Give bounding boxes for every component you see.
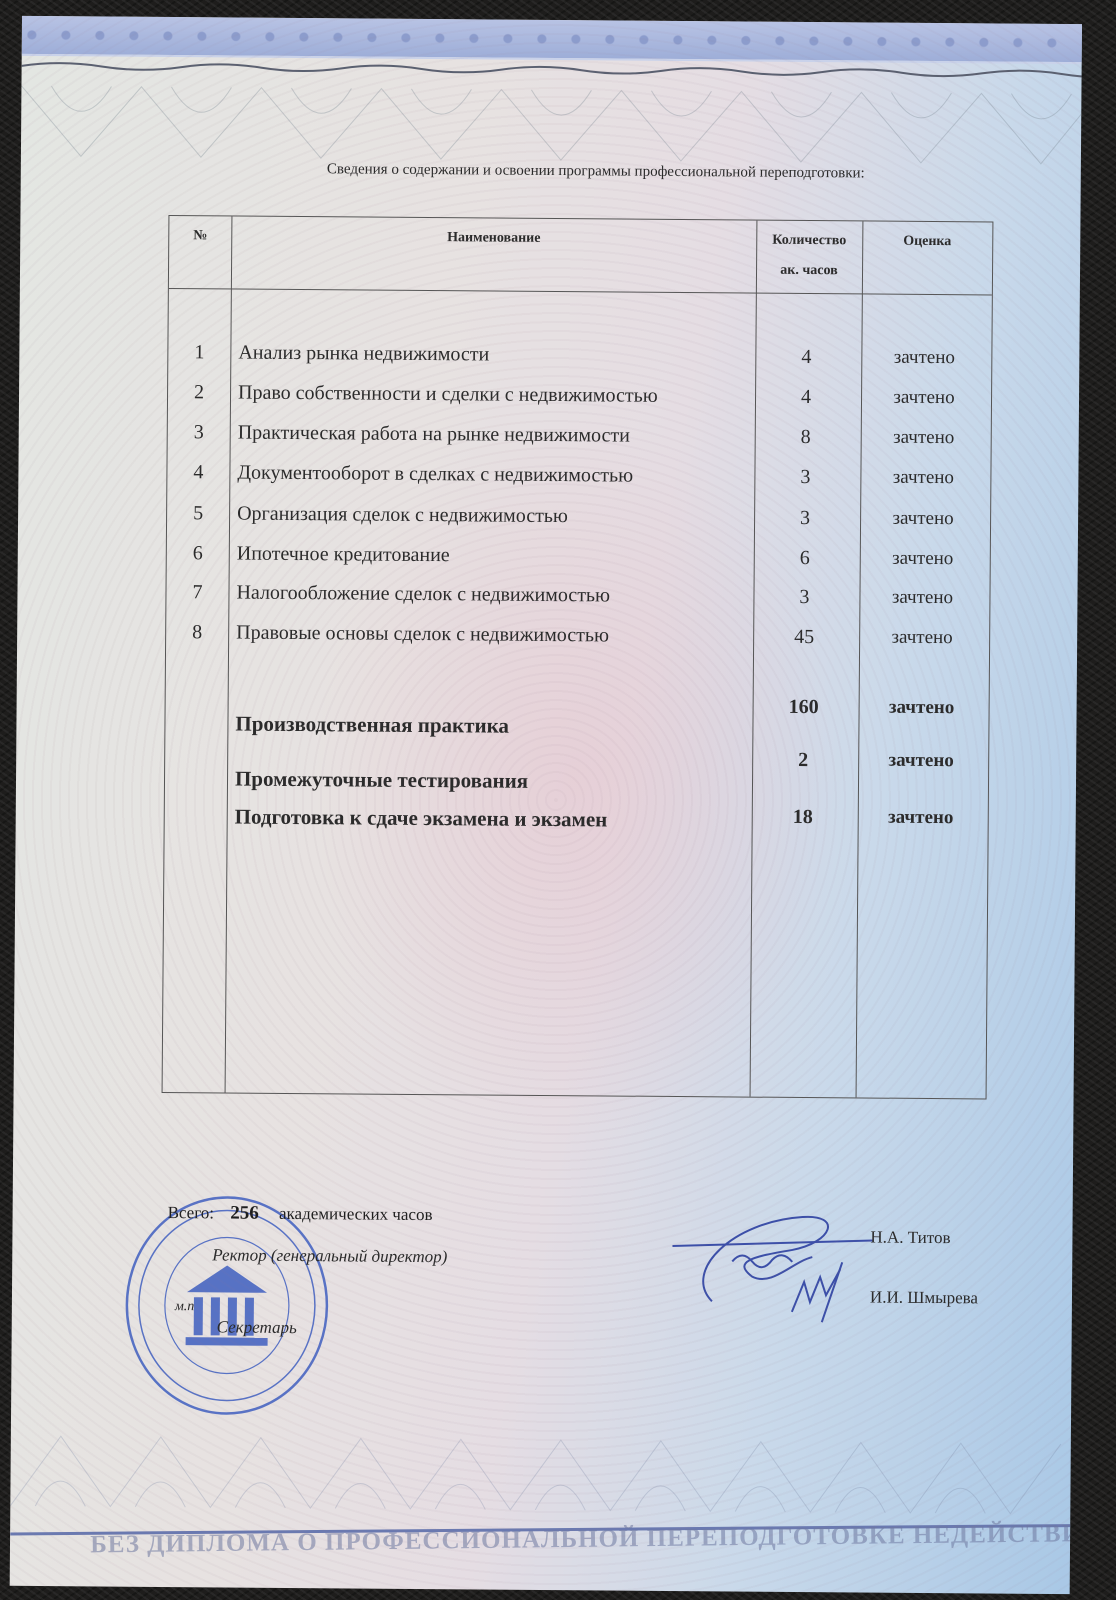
certificate-page: Сведения о содержании и освоении програм… [10, 16, 1082, 1594]
table-body: 1Анализ рынка недвижимости4зачтено2Право… [169, 216, 992, 222]
secretary-role: Секретарь [217, 1317, 297, 1338]
row-hours: 8 [754, 426, 858, 450]
row-grade: зачтено [860, 346, 988, 369]
table-row: 8Правовые основы сделок с недвижимостью4… [166, 621, 989, 665]
summary-grade: зачтено [858, 696, 986, 719]
secretary-name: И.И. Шмырева [870, 1288, 978, 1309]
row-grade: зачтено [858, 586, 986, 609]
row-hours: 3 [752, 586, 856, 610]
row-number: 3 [168, 421, 230, 444]
row-number: 4 [167, 461, 229, 484]
security-border-top [22, 16, 1082, 64]
summary-grade: зачтено [857, 806, 985, 829]
handwritten-signatures [672, 1201, 933, 1333]
row-grade: зачтено [858, 626, 986, 649]
row-hours: 4 [754, 346, 858, 370]
row-hours: 4 [754, 386, 858, 410]
table-row: 5Организация сделок с недвижимостью3зачт… [167, 502, 990, 546]
row-name: Документооборот в сделках с недвижимость… [237, 462, 633, 488]
row-name: Налогообложение сделок с недвижимостью [236, 582, 610, 608]
row-name: Организация сделок с недвижимостью [237, 503, 568, 529]
row-hours: 3 [753, 507, 857, 531]
table-row: 1Анализ рынка недвижимости4зачтено [168, 341, 991, 385]
summary-hours: 18 [751, 806, 855, 830]
row-hours: 6 [753, 547, 857, 571]
total-value: 256 [230, 1203, 259, 1224]
summary-name: Подготовка к сдаче экзамена и экзамен [235, 805, 608, 833]
rector-name: Н.А. Титов [870, 1228, 950, 1249]
rector-role: Ректор (генеральный директор) [212, 1245, 447, 1267]
row-number: 5 [167, 502, 229, 525]
guilloche-pattern-bottom [10, 1416, 1071, 1524]
row-grade: зачтено [860, 386, 988, 409]
course-table: № Наименование Количество ак. часов Оцен… [162, 215, 994, 1099]
row-name: Правовые основы сделок с недвижимостью [236, 622, 609, 648]
table-row: 3Практическая работа на рынке недвижимос… [168, 421, 991, 465]
row-name: Право собственности и сделки с недвижимо… [238, 382, 658, 408]
total-hours: Всего: 256 академических часов [168, 1202, 433, 1226]
row-number: 2 [168, 381, 230, 404]
row-number: 6 [167, 542, 229, 565]
row-number: 7 [166, 581, 228, 604]
row-grade: зачтено [860, 426, 988, 449]
summary-row: Подготовка к сдаче экзамена и экзамен18з… [169, 216, 992, 260]
summary-name: Промежуточные тестирования [235, 767, 528, 794]
table-row: 4Документооборот в сделках с недвижимост… [167, 461, 990, 505]
row-grade: зачтено [859, 507, 987, 530]
summary-name: Производственная практика [235, 712, 509, 739]
summary-grade: зачтено [857, 749, 985, 772]
summary-hours: 2 [751, 749, 855, 773]
total-label: Всего: [168, 1203, 215, 1222]
row-name: Анализ рынка недвижимости [238, 342, 489, 367]
total-unit: академических часов [279, 1204, 433, 1224]
row-number: 8 [166, 621, 228, 644]
table-row: 6Ипотечное кредитование6зачтено [167, 542, 990, 586]
table-row: 7Налогообложение сделок с недвижимостью3… [166, 581, 989, 625]
header-hours-line2: ак. часов [756, 263, 862, 280]
row-grade: зачтено [859, 547, 987, 570]
footer-warning: БЕЗ ДИПЛОМА О ПРОФЕССИОНАЛЬНОЙ ПЕРЕПОДГО… [90, 1519, 1082, 1560]
header-divider [169, 288, 992, 295]
row-grade: зачтено [859, 466, 987, 489]
stamp-place-label: м.п [175, 1299, 195, 1315]
row-name: Ипотечное кредитование [237, 543, 450, 568]
table-row: 2Право собственности и сделки с недвижим… [168, 381, 991, 425]
row-hours: 45 [752, 626, 856, 650]
row-hours: 3 [753, 466, 857, 490]
summary-hours: 160 [752, 696, 856, 720]
row-name: Практическая работа на рынке недвижимост… [238, 422, 630, 448]
row-number: 1 [168, 341, 230, 364]
